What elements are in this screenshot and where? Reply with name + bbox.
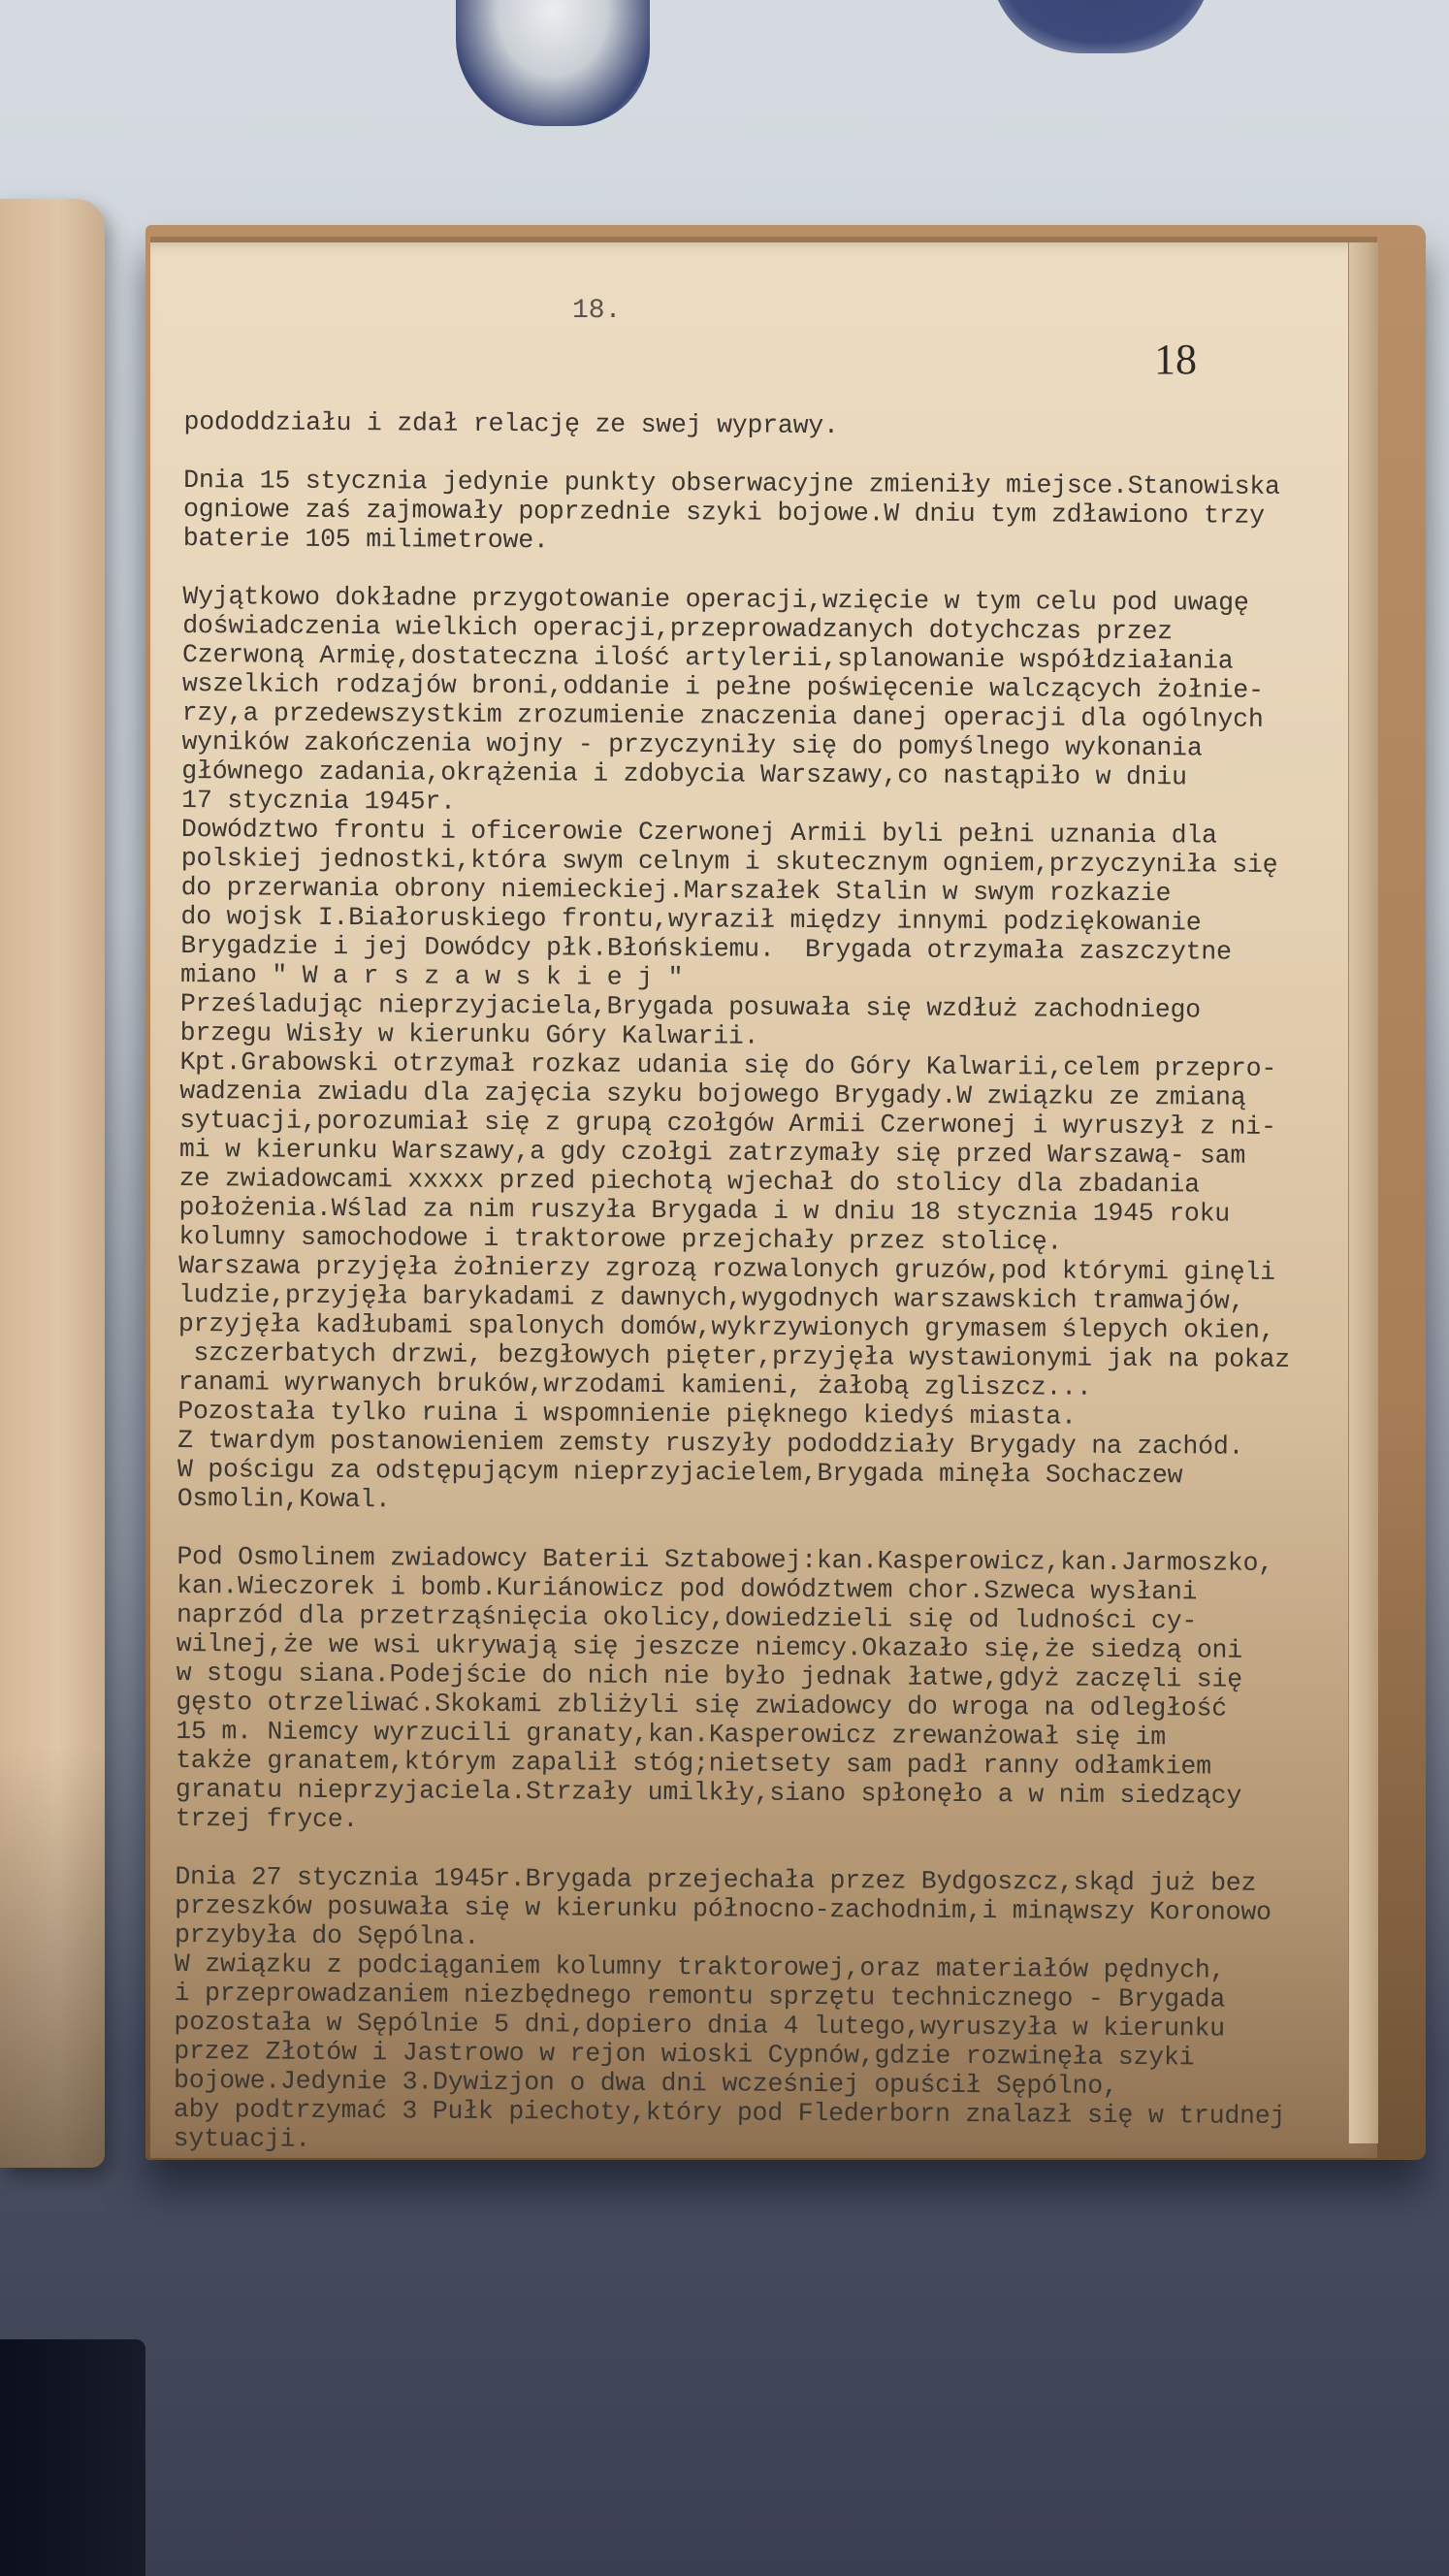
page-number-typed: 18. <box>572 296 621 326</box>
document-body: pododdziału i zdał relację ze swej wypra… <box>173 349 1368 2189</box>
paragraph: Pod Osmolinem zwiadowcy Baterii Sztabowe… <box>176 1542 1361 1840</box>
background-object <box>456 0 650 126</box>
paragraph: Dnia 27 stycznia 1945r.Brygada przejecha… <box>174 1862 1359 2160</box>
dark-object-corner <box>0 2339 145 2576</box>
paragraph: Dowództwo frontu i oficerowie Czerwonej … <box>177 815 1365 1520</box>
paragraph: Wyjątkowo dokładne przygotowanie operacj… <box>181 582 1366 821</box>
background-object-shadow <box>989 0 1212 53</box>
paragraph: Dnia 15 stycznia jedynie punkty obserwac… <box>183 466 1368 560</box>
left-page-shadow <box>0 1746 105 2168</box>
